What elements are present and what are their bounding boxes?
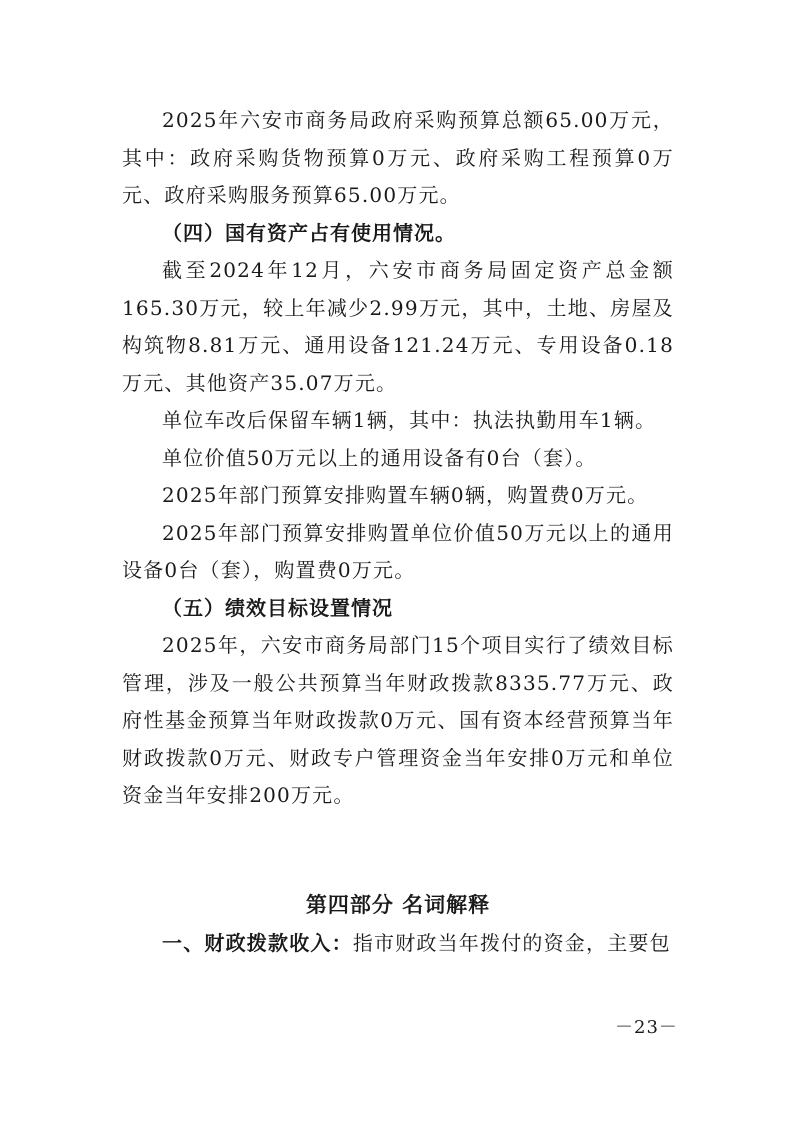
vehicles-paragraph: 单位车改后保留车辆1辆，其中：执法执勤用车1辆。 <box>122 402 674 440</box>
spacer <box>122 815 674 885</box>
term-text: 指市财政当年拨付的资金，主要包 <box>353 931 671 955</box>
equipment-paragraph: 单位价值50万元以上的通用设备有0台（套）。 <box>122 440 674 478</box>
heading-performance-goals: （五）绩效目标设置情况 <box>122 590 674 628</box>
document-page: 2025年六安市商务局政府采购预算总额65.00万元，其中：政府采购货物预算0万… <box>122 102 674 962</box>
procurement-paragraph: 2025年六安市商务局政府采购预算总额65.00万元，其中：政府采购货物预算0万… <box>122 102 674 215</box>
term-definition: 一、财政拨款收入：指市财政当年拨付的资金，主要包 <box>122 925 674 963</box>
vehicle-budget-paragraph: 2025年部门预算安排购置车辆0辆，购置费0万元。 <box>122 477 674 515</box>
page-number: －23－ <box>615 1013 678 1039</box>
assets-paragraph: 截至2024年12月，六安市商务局固定资产总金额165.30万元，较上年减少2.… <box>122 252 674 402</box>
heading-state-assets: （四）国有资产占有使用情况。 <box>122 215 674 253</box>
equipment-budget-paragraph: 2025年部门预算安排购置单位价值50万元以上的通用设备0台（套），购置费0万元… <box>122 515 674 590</box>
performance-paragraph: 2025年，六安市商务局部门15个项目实行了绩效目标管理，涉及一般公共预算当年财… <box>122 627 674 815</box>
term-label: 一、财政拨款收入： <box>162 931 353 955</box>
section-title: 第四部分 名词解释 <box>122 885 674 925</box>
